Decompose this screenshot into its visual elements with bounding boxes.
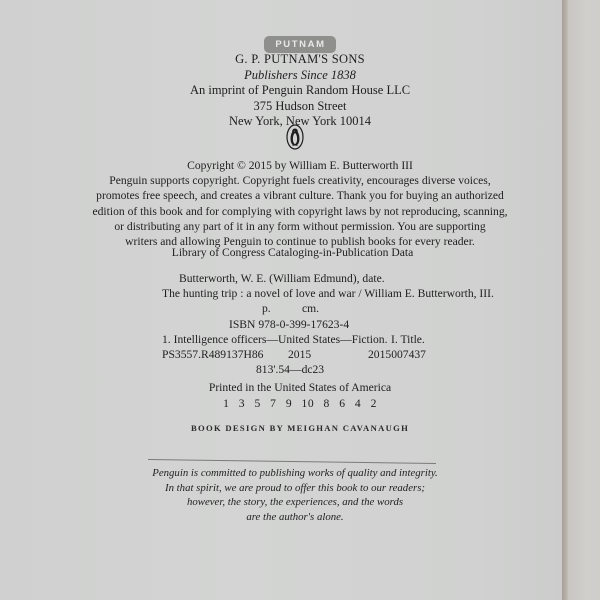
cip-title-entry: I. Title. bbox=[391, 332, 425, 347]
disclaimer-line: Penguin is committed to publishing works… bbox=[0, 466, 590, 481]
cip-isbn: ISBN 978-0-399-17623-4 bbox=[229, 317, 349, 332]
publisher-name: G. P. PUTNAM'S SONS bbox=[0, 52, 600, 68]
cip-dewey: 813'.54—dc23 bbox=[256, 362, 324, 377]
cip-classification-row: PS3557.R489137H86 2015 2015007437 bbox=[0, 347, 600, 362]
copyright-notice-line: edition of this book and for complying w… bbox=[0, 204, 600, 219]
printing-block: Printed in the United States of America … bbox=[0, 380, 600, 411]
cip-heading: Library of Congress Cataloging-in-Public… bbox=[0, 245, 585, 260]
putnam-badge: PUTNAM bbox=[264, 36, 335, 53]
cip-subject: 1. Intelligence officers—United States—F… bbox=[162, 332, 388, 347]
copyright-line: Copyright © 2015 by William E. Butterwor… bbox=[0, 158, 600, 173]
copyright-notice-line: promotes free speech, and creates a vibr… bbox=[0, 188, 600, 203]
publisher-parent: An imprint of Penguin Random House LLC bbox=[0, 83, 600, 99]
printed-country: Printed in the United States of America bbox=[0, 380, 600, 396]
putnam-logo: PUTNAM bbox=[0, 34, 600, 53]
cip-title-statement: The hunting trip : a novel of love and w… bbox=[162, 286, 494, 301]
cip-data-block: Butterworth, W. E. (William Edmund), dat… bbox=[0, 271, 600, 377]
copyright-page-photo: PUTNAM G. P. PUTNAM'S SONS Publishers Si… bbox=[0, 0, 600, 600]
cip-year: 2015 bbox=[288, 347, 311, 362]
disclaimer-line: In that spirit, we are proud to offer th… bbox=[0, 481, 590, 496]
printing-number-line: 1 3 5 7 9 10 8 6 4 2 bbox=[0, 396, 600, 412]
design-credit: BOOK DESIGN BY MEIGHAN CAVANAUGH bbox=[0, 423, 600, 433]
cip-dewey-row: 813'.54—dc23 bbox=[0, 362, 600, 377]
disclaimer-block: Penguin is committed to publishing works… bbox=[0, 466, 590, 524]
publisher-block: G. P. PUTNAM'S SONS Publishers Since 183… bbox=[0, 52, 600, 130]
cip-pagination-row: p. cm. bbox=[0, 301, 600, 316]
publisher-since: Publishers Since 1838 bbox=[0, 68, 600, 84]
cip-lccn: 2015007437 bbox=[368, 347, 426, 362]
cip-author: Butterworth, W. E. (William Edmund), dat… bbox=[179, 271, 385, 286]
cip-call-number: PS3557.R489137H86 bbox=[162, 347, 263, 362]
cip-author-row: Butterworth, W. E. (William Edmund), dat… bbox=[0, 271, 600, 286]
copyright-notice-line: Penguin supports copyright. Copyright fu… bbox=[0, 173, 600, 188]
cip-title-row: The hunting trip : a novel of love and w… bbox=[0, 286, 600, 301]
copyright-block: Copyright © 2015 by William E. Butterwor… bbox=[0, 158, 600, 249]
cip-cm: cm. bbox=[302, 301, 319, 316]
disclaimer-line: are the author's alone. bbox=[0, 510, 590, 525]
cip-subject-row: 1. Intelligence officers—United States—F… bbox=[0, 332, 600, 347]
cip-pages: p. bbox=[262, 301, 271, 316]
penguin-logo-icon bbox=[286, 124, 304, 150]
publisher-street: 375 Hudson Street bbox=[0, 99, 600, 115]
cip-isbn-row: ISBN 978-0-399-17623-4 bbox=[0, 317, 600, 332]
copyright-notice-line: or distributing any part of it in any fo… bbox=[0, 219, 600, 234]
divider-rule bbox=[148, 459, 436, 464]
disclaimer-line: however, the story, the experiences, and… bbox=[0, 495, 590, 510]
